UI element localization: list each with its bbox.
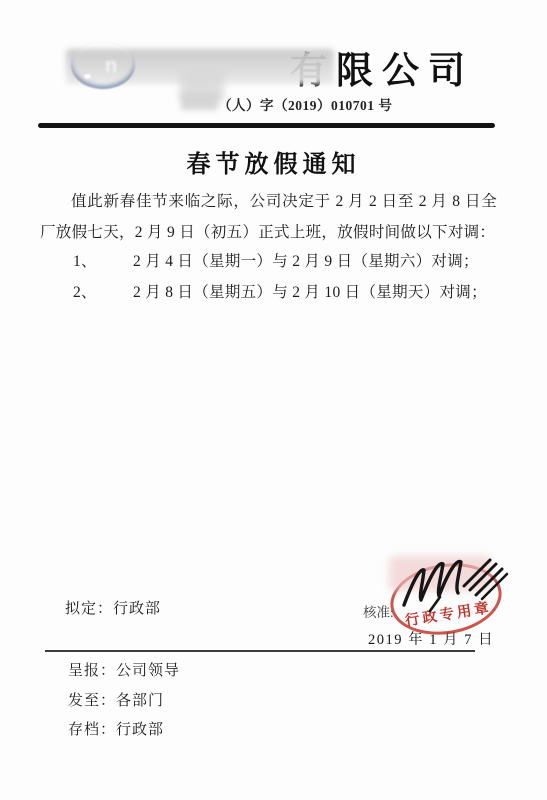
archive-label: 存档： (68, 722, 116, 738)
notice-title: 春节放假通知 (0, 144, 547, 179)
drafted-value: 行政部 (113, 601, 161, 617)
send-to-line: 发至：各部门 (68, 689, 164, 710)
notice-paragraph: 值此新春佳节来临之际，公司决定于 2 月 2 日至 2 月 8 日全厂放假七天，… (40, 186, 497, 248)
redaction-blur-docnum-prefix (181, 93, 218, 110)
archive-value: 行政部 (116, 722, 164, 738)
list-item-2: 2、2 月 8 日（星期五）与 2 月 10 日（星期天）对调； (73, 280, 487, 302)
scanned-notice-document: 有限公司 n （人）字（2019）010701 号 春节放假通知 值此新春佳节来… (0, 0, 547, 800)
list-item-2-text: 2 月 8 日（星期五）与 2 月 10 日（星期天）对调； (133, 284, 487, 301)
footer-divider-rule (45, 650, 475, 652)
send-value: 各部门 (116, 693, 164, 709)
drafted-label: 拟定： (65, 601, 113, 617)
list-item-1-number: 1、 (73, 249, 133, 271)
list-item-1: 1、2 月 4 日（星期一）与 2 月 9 日（星期六）对调； (73, 249, 479, 271)
document-number: （人）字（2019）010701 号 (218, 94, 392, 114)
archive-line: 存档：行政部 (68, 718, 164, 739)
logo-text-artifact: n (105, 55, 131, 77)
logo-highlight-speck (84, 74, 91, 79)
list-item-2-number: 2、 (73, 280, 133, 302)
drafted-by-line: 拟定：行政部 (65, 597, 161, 618)
list-item-1-text: 2 月 4 日（星期一）与 2 月 9 日（星期六）对调； (133, 253, 479, 270)
report-value: 公司领导 (116, 663, 180, 679)
report-label: 呈报： (68, 663, 116, 679)
header-divider-rule (38, 123, 495, 128)
report-to-line: 呈报：公司领导 (68, 659, 180, 680)
approved-label: 核准: (363, 601, 394, 621)
send-label: 发至： (68, 693, 116, 709)
approval-signature-icon (396, 555, 512, 613)
